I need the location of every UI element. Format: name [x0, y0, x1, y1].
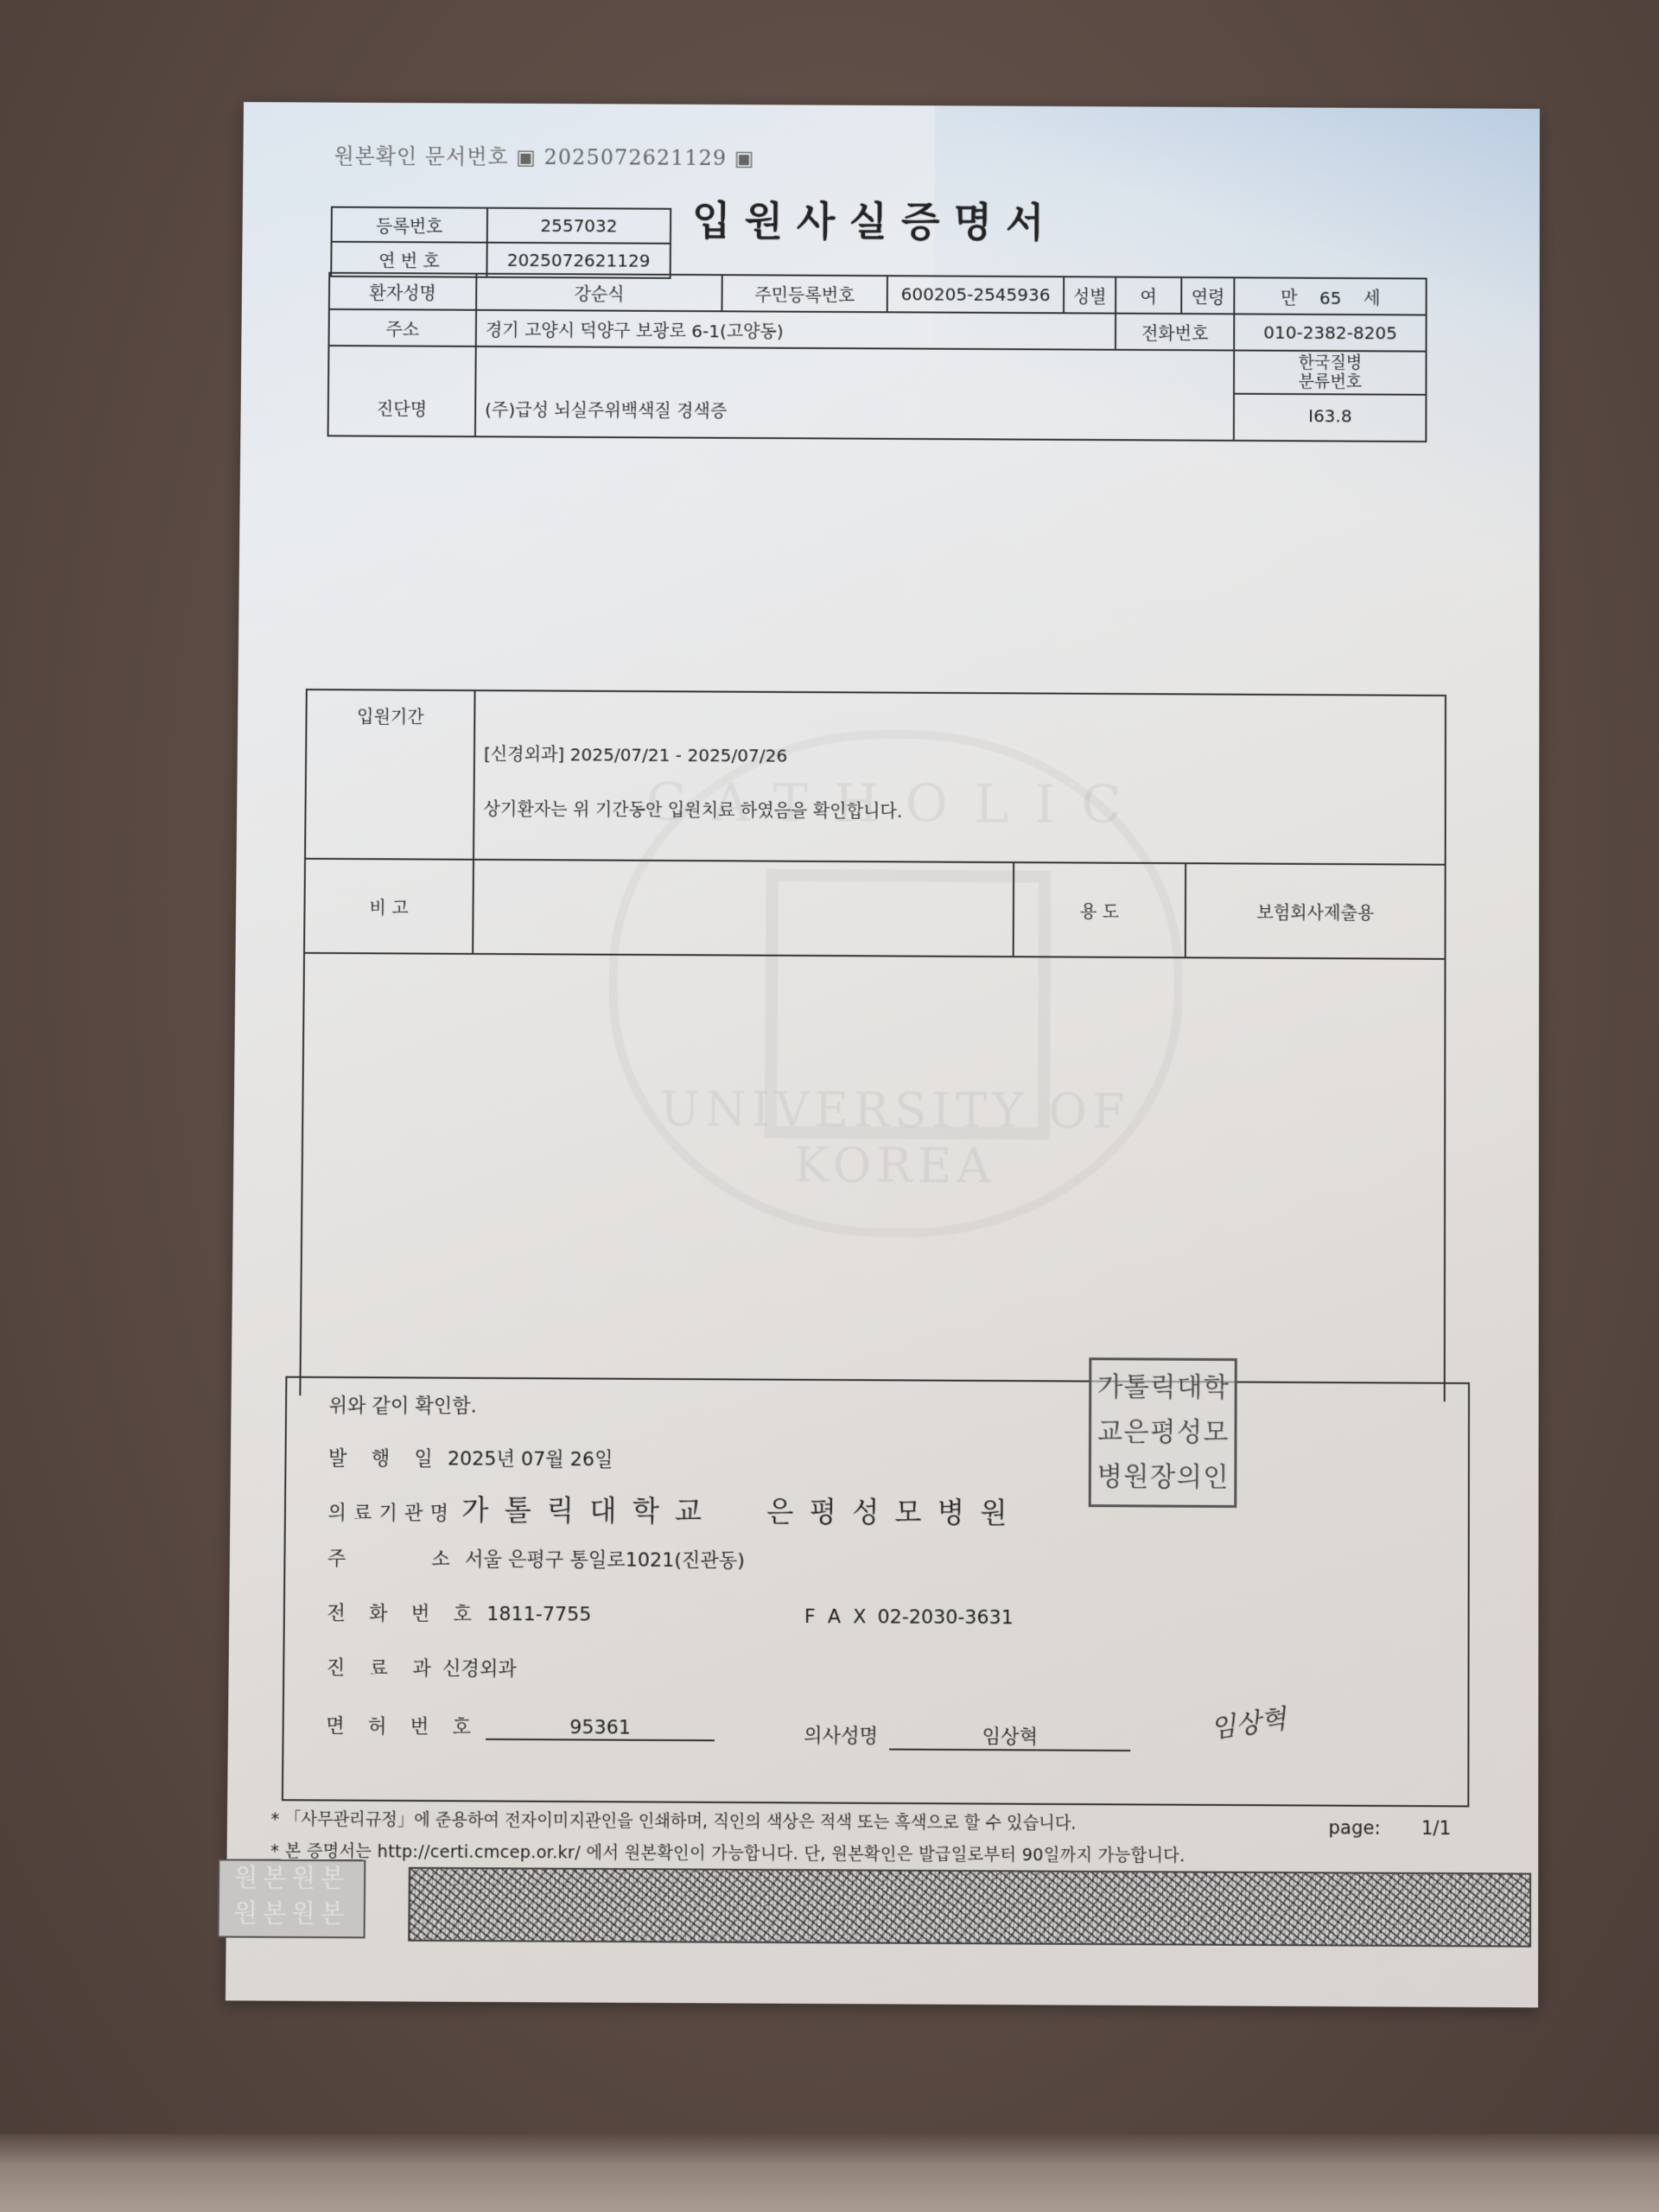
admission-table: 입원기간 [신경외과] 2025/07/21 - 2025/07/26 상기환자… — [299, 689, 1446, 1402]
patient-name-value: 강순식 — [476, 274, 722, 312]
issue-date-label: 발 행 일 — [328, 1447, 433, 1470]
license-label: 면 허 번 호 — [326, 1715, 480, 1738]
age-suffix: 세 — [1363, 288, 1380, 308]
seal-char: 학 — [1203, 1375, 1230, 1402]
address-value: 경기 고양시 덕양구 보광로 6-1(고양동) — [476, 310, 1116, 350]
admission-statement: 상기환자는 위 기간동안 입원치료 하였음을 확인합니다. — [483, 795, 1444, 825]
square-mark-icon: ▣ — [516, 145, 537, 169]
sex-value: 여 — [1116, 277, 1182, 315]
diagnosis-value: (주)급성 뇌실주위백색질 경색증 — [475, 346, 1235, 441]
dept-row: 진 료 과 신경외과 — [327, 1653, 517, 1681]
age-value: 만 65 세 — [1235, 277, 1427, 315]
document-number-line: 원본확인 문서번호 ▣ 2025072621129 ▣ — [334, 139, 754, 172]
seal-char: 평 — [1149, 1420, 1176, 1446]
address-label: 주소 — [328, 309, 476, 346]
institution-value: 가톨릭대학교 은평성모병원 — [461, 1493, 1023, 1529]
doctor-row: 의사성명 임상혁 — [804, 1720, 1130, 1751]
remarks-value — [473, 860, 1014, 957]
seal-char: 모 — [1203, 1420, 1230, 1446]
age-prefix: 만 — [1281, 287, 1297, 308]
doctor-name-value: 임상혁 — [889, 1721, 1130, 1751]
issuer-address-label: 주 소 — [327, 1548, 450, 1570]
issuer-phone-value: 1811-7755 — [486, 1604, 591, 1626]
admission-content: [신경외과] 2025/07/21 - 2025/07/26 상기환자는 위 기… — [474, 690, 1446, 865]
dept-label: 진 료 과 — [327, 1657, 431, 1680]
age-label: 연령 — [1181, 277, 1235, 314]
doc-number-value: 2025072621129 — [544, 145, 728, 170]
page-value: 1/1 — [1421, 1817, 1451, 1839]
phone-value: 010-2382-8205 — [1235, 314, 1427, 351]
dept-value: 신경외과 — [442, 1658, 517, 1681]
purpose-value: 보험회사제출용 — [1185, 863, 1446, 959]
remarks-label: 비 고 — [304, 859, 474, 954]
issuer-address-value: 서울 은평구 통일로1021(진관동) — [465, 1548, 745, 1572]
kcd-label-line2: 분류번호 — [1235, 372, 1425, 392]
fax-label: F A X — [804, 1606, 867, 1629]
address-row: 주 소 서울 은평구 통일로1021(진관동) — [327, 1543, 745, 1573]
square-mark-icon: ▣ — [734, 146, 755, 170]
doc-number-label: 원본확인 문서번호 — [334, 144, 508, 169]
kcd-code-value: I63.8 — [1234, 394, 1426, 442]
footer-note-seal: * 「사무관리규정」에 준용하여 전자이미지관인을 인쇄하며, 직인의 색상은 … — [270, 1806, 1076, 1834]
certificate-paper: CATHOLIC UNIVERSITY OF KOREA 원본확인 문서번호 ▣… — [226, 102, 1540, 2007]
footer-note-verify: * 본 증명서는 http://certi.cmcep.or.kr/ 에서 원본… — [270, 1838, 1185, 1866]
license-value: 95361 — [486, 1716, 715, 1741]
2d-security-barcode — [408, 1867, 1531, 1948]
page-label: page: — [1328, 1817, 1380, 1839]
patient-info-table: 환자성명 강순식 주민등록번호 600205-2545936 성별 여 연령 만… — [327, 272, 1427, 442]
page-indicator: page: 1/1 — [1328, 1817, 1451, 1839]
institution-label: 의료기관명 — [327, 1502, 455, 1524]
phone-label: 전화번호 — [1116, 314, 1235, 351]
reg-no-label: 등록번호 — [332, 207, 487, 243]
reg-no-value: 2557032 — [487, 208, 671, 244]
seal-char: 장 — [1149, 1464, 1176, 1491]
seal-char: 교 — [1096, 1419, 1123, 1446]
issuer-phone-label: 전 화 번 호 — [327, 1603, 480, 1625]
seal-char: 원 — [1123, 1464, 1150, 1491]
seal-char: 의 — [1176, 1464, 1203, 1491]
diagnosis-label: 진단명 — [328, 346, 476, 436]
seal-char: 은 — [1123, 1419, 1150, 1446]
license-row: 면 허 번 호 95361 — [326, 1711, 715, 1741]
sex-label: 성별 — [1064, 276, 1116, 313]
age-number: 65 — [1319, 287, 1342, 308]
registration-table: 등록번호 2557032 연 번 호 2025072621129 — [330, 207, 671, 279]
fax-row: F A X 02-2030-3631 — [804, 1606, 1014, 1630]
fax-value: 02-2030-3631 — [877, 1606, 1014, 1629]
original-stamp-box: 원본원본 원본원본 — [218, 1859, 366, 1938]
institution-row: 의료기관명 가톨릭대학교 은평성모병원 — [327, 1487, 1022, 1531]
admission-period: [신경외과] 2025/07/21 - 2025/07/26 — [484, 741, 1445, 771]
purpose-label: 용 도 — [1014, 862, 1185, 957]
issue-date-value: 2025년 07월 26일 — [448, 1448, 613, 1471]
seal-char: 성 — [1176, 1420, 1203, 1446]
kcd-label: 한국질병 분류번호 — [1234, 351, 1426, 395]
seal-char: 병 — [1096, 1464, 1123, 1491]
doctor-label: 의사성명 — [804, 1725, 878, 1747]
rrn-label: 주민등록번호 — [722, 275, 887, 312]
page-title: 입원사실증명서 — [692, 189, 1058, 248]
phone-row: 전 화 번 호 1811-7755 — [327, 1599, 591, 1627]
rrn-value: 600205-2545936 — [887, 276, 1065, 313]
kcd-label-line1: 한국질병 — [1236, 353, 1426, 373]
blank-area — [300, 953, 1445, 1402]
seal-char: 톨 — [1123, 1375, 1150, 1402]
confirm-text: 위와 같이 확인함. — [328, 1390, 476, 1418]
seal-char: 가 — [1096, 1375, 1123, 1402]
seal-char: 대 — [1176, 1375, 1203, 1402]
leather-surface-edge — [0, 2134, 1659, 2212]
issue-date-row: 발 행 일 2025년 07월 26일 — [328, 1443, 613, 1471]
original-stamp-line1: 원본원본 — [219, 1860, 364, 1897]
original-stamp-line2: 원본원본 — [219, 1896, 364, 1932]
patient-name-label: 환자성명 — [329, 273, 477, 310]
seal-char: 릭 — [1150, 1375, 1177, 1402]
admission-label: 입원기간 — [305, 690, 475, 860]
hospital-seal-icon: 가 톨 릭 대 학 교 은 평 성 모 병 원 장 의 인 — [1089, 1357, 1237, 1508]
doctor-signature: 임상혁 — [1208, 1697, 1288, 1745]
issuer-section: 위와 같이 확인함. 발 행 일 2025년 07월 26일 의료기관명 가톨릭… — [282, 1376, 1470, 1808]
seal-char: 인 — [1203, 1465, 1230, 1491]
